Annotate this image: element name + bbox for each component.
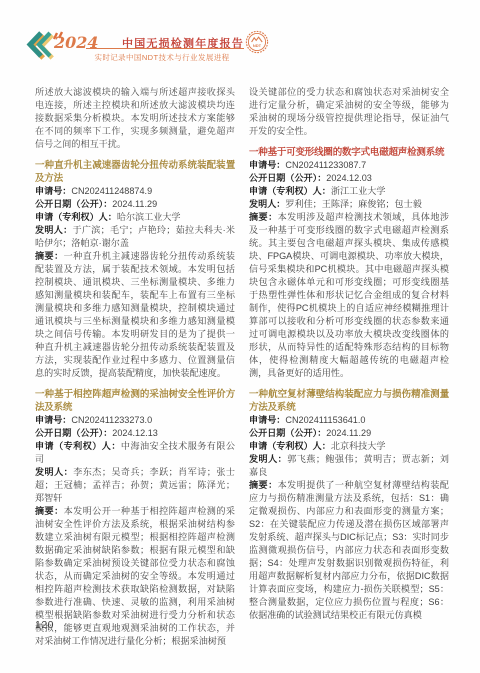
patent-abstract: 摘要：本发明涉及超声检测技术领域，具体地涉及一种基于可变形线圈的数字式电磁超声检…	[249, 211, 449, 380]
abstract-text: 本发明公开一种基于相控阵超声检测的采油树安全性评价方法及系统，根据采油树结构参数…	[35, 506, 235, 646]
patent-field-app-no: 申请号：CN202411233087.7	[249, 159, 449, 172]
field-value: 2024.11.29	[326, 428, 371, 438]
field-label: 发明人：	[35, 467, 73, 477]
patent-entry: 一种直升机主减速器齿轮分扭传动系统装配装置及方法 申请号：CN202411248…	[35, 159, 235, 380]
patent-field-pub-date: 公开日期（公开）：2024.11.29	[249, 427, 449, 440]
field-value: CN202411153641.0	[285, 415, 365, 425]
badge-label: NDT	[253, 43, 262, 48]
field-value: 2024.11.29	[112, 199, 157, 209]
field-label: 公开日期（公开）：	[35, 428, 112, 438]
patent-abstract: 摘要：本发明提供了一种航空复材薄壁结构装配应力与损伤精准测量方法及系统，包括：S…	[249, 479, 449, 622]
field-value: CN202411233273.0	[71, 415, 152, 425]
header-rule	[86, 48, 244, 49]
abstract-text: 本发明涉及超声检测技术领域，具体地涉及一种基于可变形线圈的数字式电磁超声检测系统…	[249, 212, 449, 378]
patent-title: 一种航空复材薄壁结构装配应力与损伤精准测量方法及系统	[249, 388, 449, 414]
patent-field-applicant: 申请（专利权）人：北京科技大学	[249, 440, 449, 453]
field-label: 发明人：	[249, 199, 285, 209]
field-value: CN202411233087.7	[285, 160, 366, 170]
patent-field-inventors: 发明人：郭飞燕；鲍强伟；黄明吉；贾志新；刘嘉良	[249, 453, 449, 479]
patent-field-pub-date: 公开日期（公开）：2024.12.13	[35, 427, 235, 440]
patent-field-inventors: 发明人：于广滨；毛宁；卢艳玲；茹拉夫科夫·米哈伊尔；洛帕京·谢尔盖	[35, 224, 235, 250]
field-label: 申请号：	[249, 415, 285, 425]
patent-field-inventors: 发明人：罗利佳；王陈泽；麻俊铭；包士毅	[249, 198, 449, 211]
patent-entry: 一种基于相控阵超声检测的采油树安全性评价方法及系统 申请号：CN20241123…	[35, 388, 235, 648]
patent-entry: 一种基于可变形线圈的数字式电磁超声检测系统 申请号：CN202411233087…	[249, 146, 449, 380]
field-label: 公开日期（公开）：	[249, 173, 326, 183]
field-label: 申请（专利权）人：	[35, 441, 121, 451]
field-label: 申请号：	[249, 160, 285, 170]
page-number: 120	[35, 619, 54, 631]
patent-abstract: 摘要：一种直升机主减速器齿轮分扭传动系统装配装置及方法，属于装配技术领域。本发明…	[35, 250, 235, 380]
field-value: 罗利佳；王陈泽；麻俊铭；包士毅	[285, 199, 421, 209]
field-label: 发明人：	[249, 454, 287, 464]
field-label: 摘要：	[249, 480, 278, 490]
field-value: 2024.12.13	[112, 428, 158, 438]
right-column: 设关键部位的受力状态和腐蚀状态对采油树安全进行定量分析，确定采油树的安全等级，能…	[249, 86, 449, 648]
field-label: 申请（专利权）人：	[249, 186, 331, 196]
abstract-text: 本发明提供了一种航空复材薄壁结构装配应力与损伤精准测量方法及系统，包括：S1：确…	[249, 480, 449, 620]
patent-field-pub-date: 公开日期（公开）：2024.11.29	[35, 198, 235, 211]
page-header: 2024 中国无损检测年度报告 实时记录中国NDT技术与行业发展进程 NDT	[24, 28, 280, 66]
patent-field-pub-date: 公开日期（公开）：2024.12.03	[249, 172, 449, 185]
field-label: 申请号：	[35, 186, 71, 196]
intro-continuation: 设关键部位的受力状态和腐蚀状态对采油树安全进行定量分析，确定采油树的安全等级，能…	[249, 86, 449, 138]
field-label: 公开日期（公开）：	[35, 199, 112, 209]
intro-continuation: 所述放大滤波模块的输入端与所述超声接收探头电连接，所述主控模块和所述放大滤波模块…	[35, 86, 235, 151]
abstract-text: 一种直升机主减速器齿轮分扭传动系统装配装置及方法，属于装配技术领域。本发明包括控…	[35, 251, 235, 378]
report-page: 2024 中国无损检测年度报告 实时记录中国NDT技术与行业发展进程 NDT 所…	[0, 0, 480, 673]
field-value: 2024.12.03	[326, 173, 372, 183]
patent-entry: 一种航空复材薄壁结构装配应力与损伤精准测量方法及系统 申请号：CN2024111…	[249, 388, 449, 622]
field-label: 发明人：	[35, 225, 73, 235]
left-column: 所述放大滤波模块的输入端与所述超声接收探头电连接，所述主控模块和所述放大滤波模块…	[35, 86, 235, 648]
field-label: 摘要：	[249, 212, 278, 222]
patent-field-applicant: 申请（专利权）人：浙江工业大学	[249, 185, 449, 198]
report-subtitle: 实时记录中国NDT技术与行业发展进程	[78, 52, 246, 63]
patent-field-inventors: 发明人：李东杰；吴奇兵；李跃；肖军诗；张士超；王冠楠；孟祥吉；孙贺；黄远雷；陈泽…	[35, 466, 235, 505]
field-value: CN202411248874.9	[71, 186, 152, 196]
field-value: 哈尔滨工业大学	[117, 212, 181, 222]
field-value: 浙江工业大学	[331, 186, 386, 196]
patent-abstract: 摘要：本发明公开一种基于相控阵超声检测的采油树安全性评价方法及系统，根据采油树结…	[35, 505, 235, 648]
patent-field-applicant: 申请（专利权）人：中海油安全技术服务有限公司	[35, 440, 235, 466]
field-label: 公开日期（公开）：	[249, 428, 326, 438]
ndt-badge-icon: NDT	[245, 30, 269, 54]
field-label: 申请号：	[35, 415, 71, 425]
patent-field-app-no: 申请号：CN202411233273.0	[35, 414, 235, 427]
patent-field-app-no: 申请号：CN202411153641.0	[249, 414, 449, 427]
field-label: 摘要：	[35, 506, 64, 516]
patent-title: 一种直升机主减速器齿轮分扭传动系统装配装置及方法	[35, 159, 235, 185]
field-label: 摘要：	[35, 251, 64, 261]
content-columns: 所述放大滤波模块的输入端与所述超声接收探头电连接，所述主控模块和所述放大滤波模块…	[35, 86, 449, 648]
patent-title: 一种基于可变形线圈的数字式电磁超声检测系统	[249, 146, 449, 159]
patent-title: 一种基于相控阵超声检测的采油树安全性评价方法及系统	[35, 388, 235, 414]
field-label: 申请（专利权）人：	[35, 212, 117, 222]
patent-field-app-no: 申请号：CN202411248874.9	[35, 185, 235, 198]
field-label: 申请（专利权）人：	[249, 441, 331, 451]
field-value: 北京科技大学	[331, 441, 386, 451]
patent-field-applicant: 申请（专利权）人：哈尔滨工业大学	[35, 211, 235, 224]
